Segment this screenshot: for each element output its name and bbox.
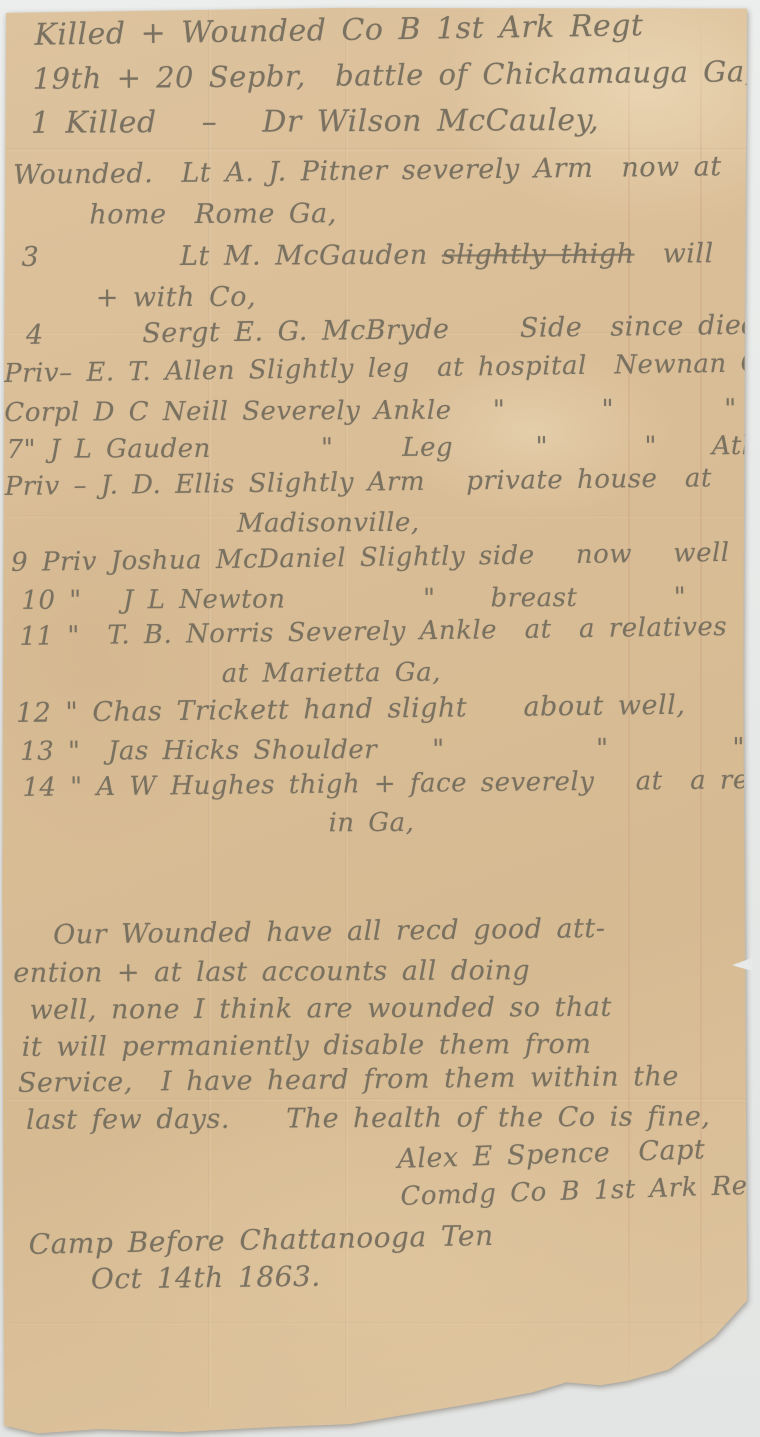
handwritten-line: 4 Sergt E. G. McBryde Side since died (26, 310, 760, 351)
handwritten-line: Madisonville, (237, 508, 420, 539)
handwritten-line: Corpl D C Neill Severely Ankle " " " " (4, 394, 760, 428)
handwritten-line: home Rome Ga, (89, 198, 337, 230)
handwritten-line: Comdg Co B 1st Ark Regt (400, 1170, 760, 1212)
handwritten-line: 14 " A W Hughes thigh + face severely at… (22, 764, 760, 803)
handwritten-line: + with Co, (96, 282, 256, 314)
handwritten-line: 3 Lt M. McGauden slightly thigh will (21, 238, 713, 273)
handwritten-line: in Ga, (328, 808, 414, 838)
handwritten-line: well, none I think are wounded so that (29, 992, 611, 1026)
handwritten-line: Alex E Spence Capt (397, 1134, 706, 1175)
scan-background: Killed + Wounded Co B 1st Ark Regt19th +… (0, 0, 760, 1437)
handwritten-line: Priv – J. D. Ellis Slightly Arm private … (5, 463, 712, 502)
handwritten-line: 19th + 20 Sepbr, battle of Chickamauga G… (32, 54, 754, 96)
handwritten-line: Our Wounded have all recd good att- (53, 913, 606, 951)
handwritten-line: 12 " Chas Trickett hand slight about wel… (16, 690, 686, 729)
handwritten-line: it will permaniently disable them from (22, 1029, 592, 1063)
handwritten-line: ention + at last accounts all doing (13, 955, 530, 989)
handwritten-line: at Marietta Ga, (222, 658, 441, 689)
handwritten-line: Wounded. Lt A. J. Pitner severely Arm no… (13, 151, 722, 191)
handwritten-line: Camp Before Chattanooga Ten (28, 1219, 493, 1261)
handwritten-line: 13 " Jas Hicks Shoulder " " " (20, 733, 745, 767)
handwritten-line: 10 " J L Newton " breast " 4 (21, 582, 760, 616)
paper-shadow-wrap: Killed + Wounded Co B 1st Ark Regt19th +… (0, 0, 760, 1437)
handwritten-line: Oct 14th 1863. (91, 1260, 321, 1296)
handwritten-line: last few days. The health of the Co is f… (26, 1101, 710, 1136)
paper-sheet: Killed + Wounded Co B 1st Ark Regt19th +… (0, 0, 760, 1437)
handwritten-line: Service, I have heard from them within t… (18, 1061, 679, 1099)
handwritten-line: 9 Priv Joshua McDaniel Slightly side now… (11, 538, 730, 578)
handwritten-line: 11 " T. B. Norris Severely Ankle at a re… (19, 612, 727, 652)
handwritten-line: 7" J L Gauden " Leg " " Atlanta 1 (7, 431, 760, 465)
handwritten-line: Killed + Wounded Co B 1st Ark Regt (34, 8, 644, 53)
handwritten-line: 1 Killed – Dr Wilson McCauley, (31, 103, 599, 141)
handwriting-layer: Killed + Wounded Co B 1st Ark Regt19th +… (0, 0, 760, 1437)
handwritten-line: Priv– E. T. Allen Slightly leg at hospit… (4, 348, 760, 389)
